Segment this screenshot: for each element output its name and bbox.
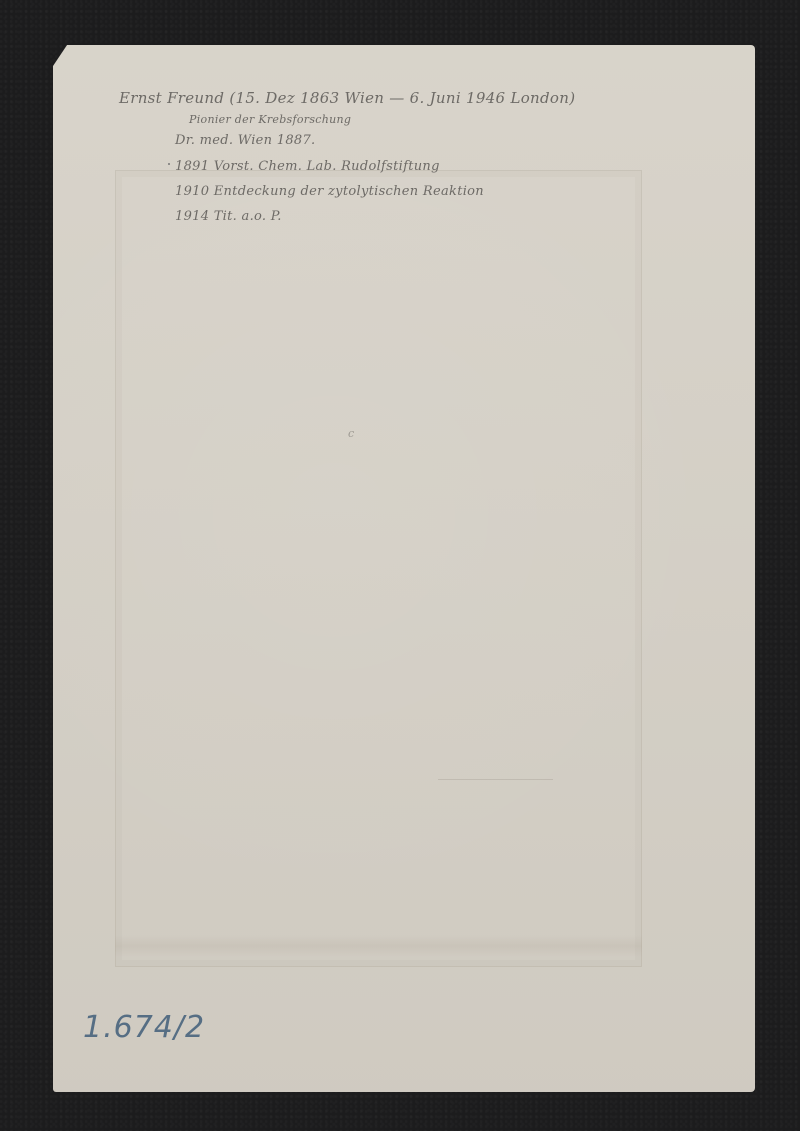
note-line-degree: Dr. med. Wien 1887. (175, 133, 316, 148)
note-title: Ernst Freund (15. Dez 1863 Wien — 6. Jun… (119, 89, 575, 107)
note-line-1914: 1914 Tit. a.o. P. (175, 209, 282, 224)
plate-mark (115, 170, 642, 967)
plate-mark-bottom-band (115, 935, 642, 957)
note-line-1891: 1891 Vorst. Chem. Lab. Rudolfstiftung (175, 159, 440, 174)
paper-sheet: Ernst Freund (15. Dez 1863 Wien — 6. Jun… (53, 45, 755, 1092)
note-subtitle: Pionier der Krebsforschung (189, 113, 351, 126)
pencil-dot (168, 163, 170, 165)
catalog-number: 1.674/2 (83, 1010, 205, 1045)
note-line-1910: 1910 Entdeckung der zytolytischen Reakti… (175, 184, 484, 199)
faint-signature-line (438, 779, 553, 780)
center-pencil-mark: c (348, 427, 354, 440)
